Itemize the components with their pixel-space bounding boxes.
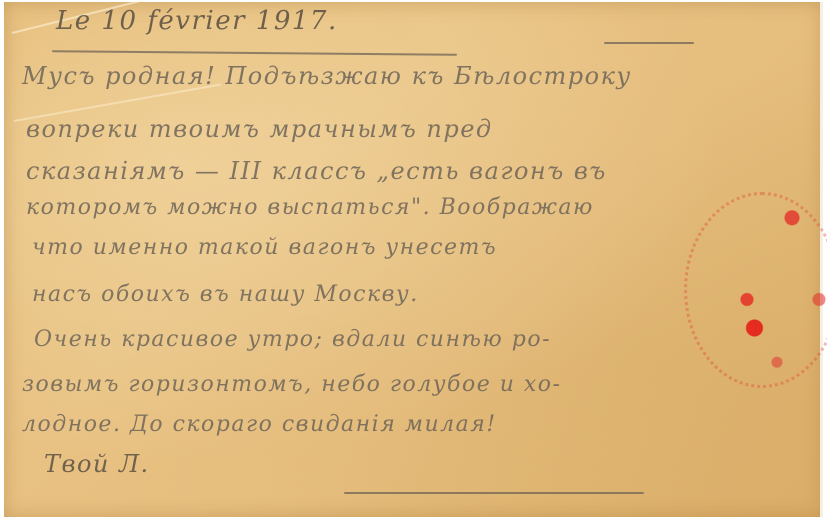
handwritten-line: что именно такой вагонъ унесетъ bbox=[32, 235, 497, 260]
pencil-stroke bbox=[604, 42, 694, 44]
signature-underline bbox=[344, 492, 644, 494]
handwritten-line: вопреки твоимъ мрачнымъ пред bbox=[26, 115, 493, 143]
handwritten-line: которомъ можно выспаться". Воображаю bbox=[26, 195, 594, 220]
signature: Твой Л. bbox=[44, 450, 150, 478]
handwritten-line: сказаніямъ — III классъ „есть вагонъ въ bbox=[26, 157, 607, 185]
handwritten-line: Мусъ родная! Подъѣзжаю къ Бѣлостроку bbox=[22, 62, 632, 90]
handwritten-line: зовымъ горизонтомъ, небо голубое и хо- bbox=[22, 372, 561, 397]
handwritten-line: лодное. До скораго свиданія милая! bbox=[22, 412, 497, 437]
red-postmark-stamp bbox=[684, 192, 827, 388]
handwritten-line: Очень красивое утро; вдали синѣю ро- bbox=[34, 327, 551, 352]
postcard: Le 10 février 1917. Мусъ родная! Подъѣзж… bbox=[4, 2, 823, 517]
handwritten-line: насъ обоихъ въ нашу Москву. bbox=[32, 282, 419, 307]
handwritten-date: Le 10 février 1917. bbox=[56, 6, 338, 36]
date-underline bbox=[52, 50, 457, 56]
